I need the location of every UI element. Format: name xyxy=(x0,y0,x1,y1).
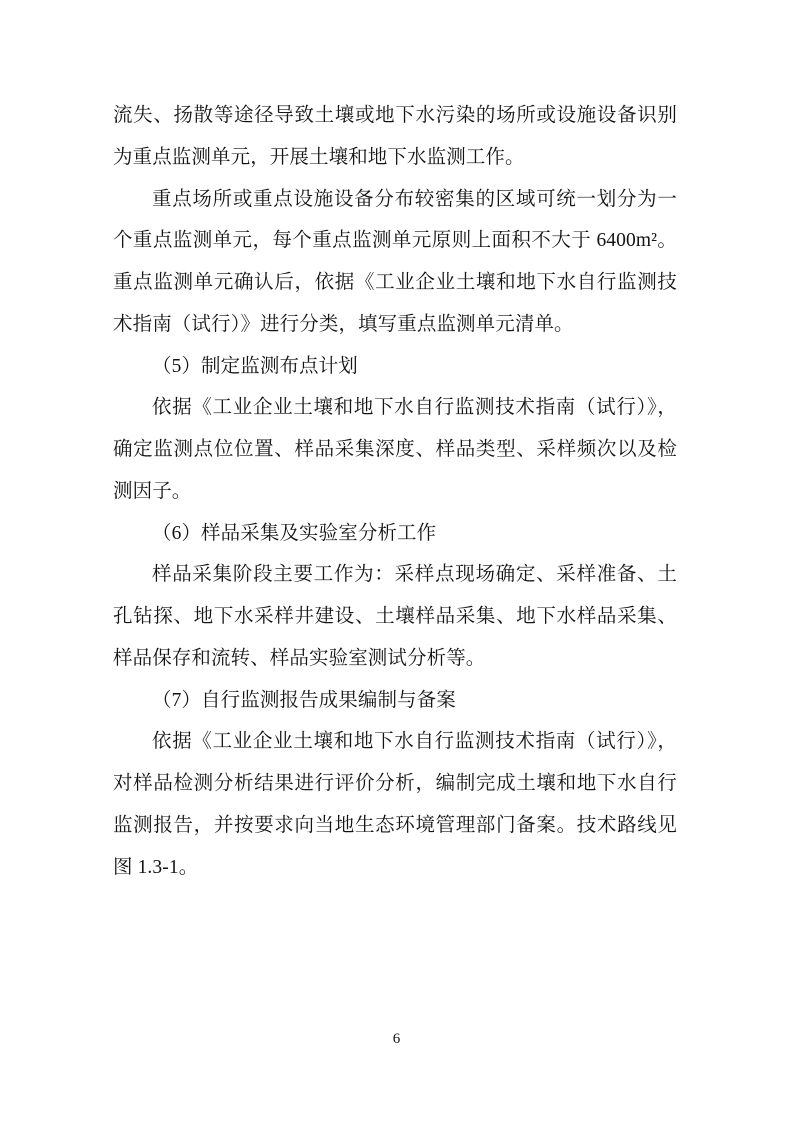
document-page: 流失、扬散等途径导致土壤或地下水污染的场所或设施设备识别为重点监测单元，开展土壤… xyxy=(0,0,793,1122)
body-paragraph: 依据《工业企业土壤和地下水自行监测技术指南（试行）》，对样品检测分析结果进行评价… xyxy=(113,721,677,888)
body-paragraph: 依据《工业企业土壤和地下水自行监测技术指南（试行）》，确定监测点位位置、样品采集… xyxy=(113,387,677,512)
text-content: 流失、扬散等途径导致土壤或地下水污染的场所或设施设备识别为重点监测单元，开展土壤… xyxy=(113,95,677,888)
section-heading-5: （5）制定监测布点计划 xyxy=(113,346,677,388)
section-heading-6: （6）样品采集及实验室分析工作 xyxy=(113,513,677,555)
body-paragraph: 样品采集阶段主要工作为：采样点现场确定、采样准备、土孔钻探、地下水采样井建设、土… xyxy=(113,554,677,679)
page-number: 6 xyxy=(0,1028,793,1050)
body-paragraph-continuation: 流失、扬散等途径导致土壤或地下水污染的场所或设施设备识别为重点监测单元，开展土壤… xyxy=(113,95,677,179)
body-paragraph: 重点场所或重点设施设备分布较密集的区域可统一划分为一个重点监测单元，每个重点监测… xyxy=(113,179,677,346)
section-heading-7: （7）自行监测报告成果编制与备案 xyxy=(113,680,677,722)
